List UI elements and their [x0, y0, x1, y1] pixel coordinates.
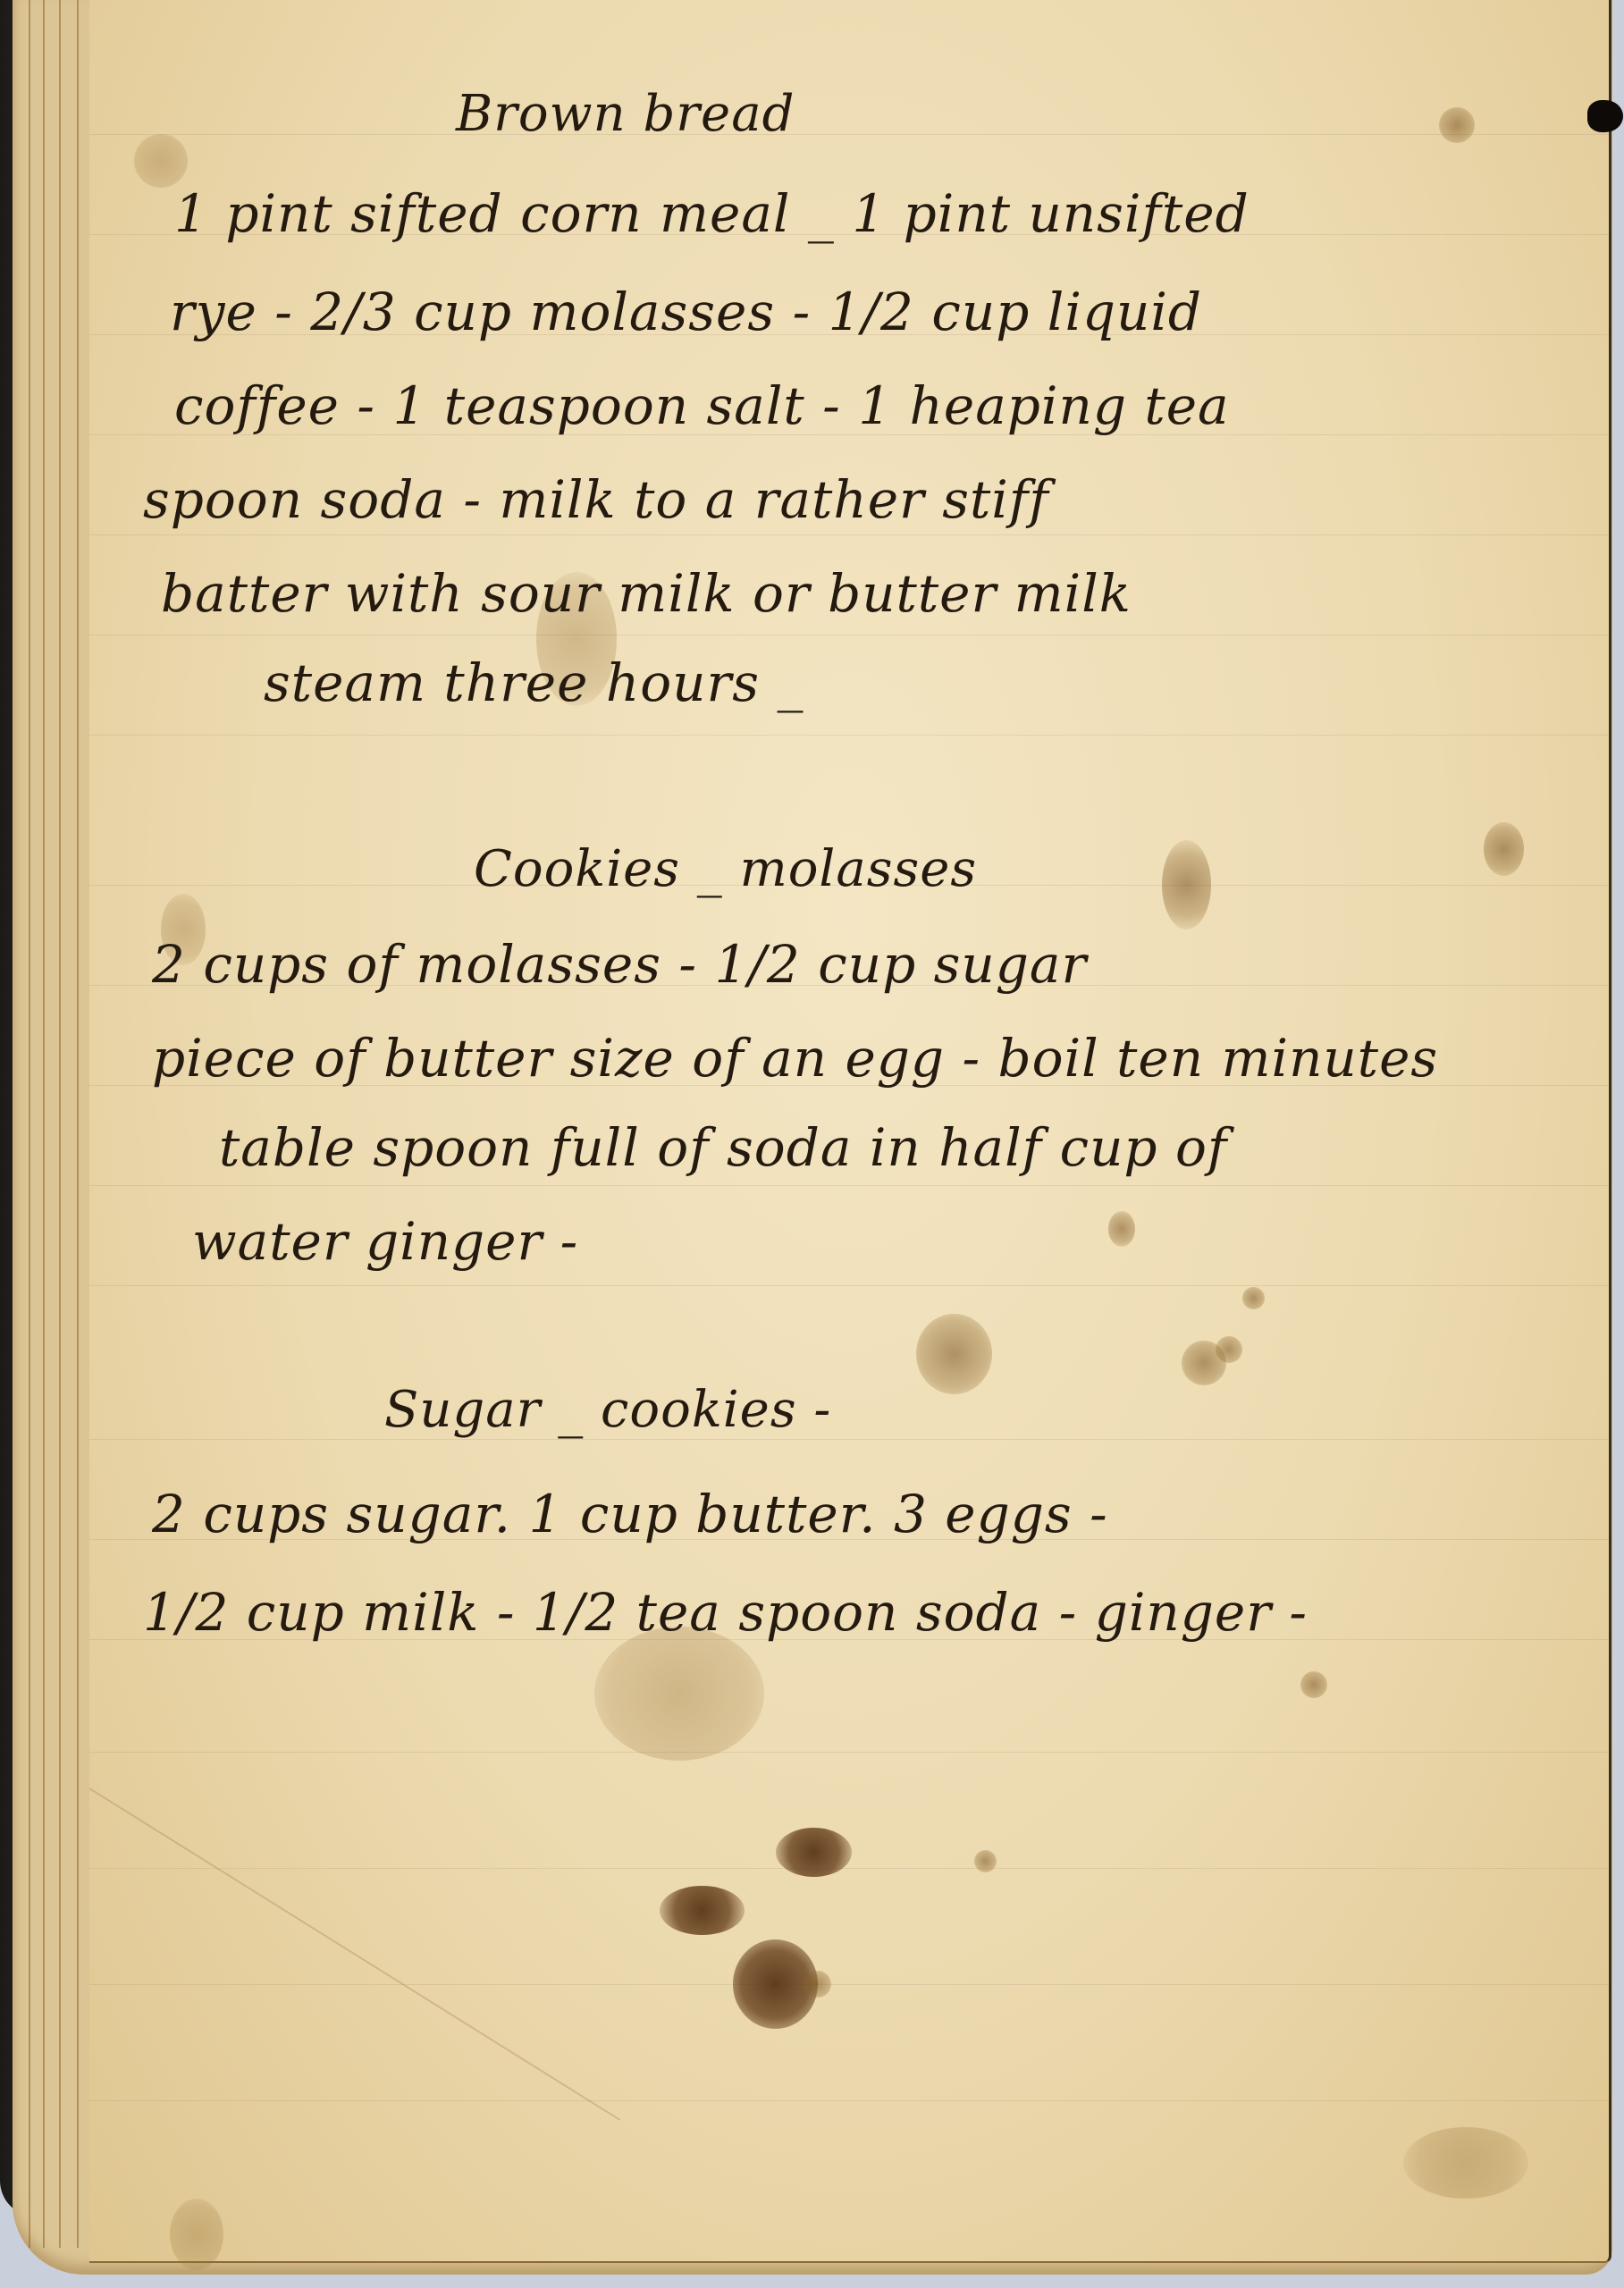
- recipe-line: piece of butter size of an egg - boil te…: [152, 1028, 1438, 1089]
- ruled-line: [89, 534, 1609, 535]
- page-edge: [43, 0, 50, 2248]
- stain: [170, 2199, 223, 2270]
- stain: [916, 1314, 992, 1394]
- recipe-line: coffee - 1 teaspoon salt - 1 heaping tea: [174, 375, 1230, 436]
- ruled-line: [89, 1285, 1609, 1286]
- dark-stain: [660, 1886, 745, 1935]
- recipe-title: Brown bread: [456, 85, 795, 143]
- recipe-line: 2 cups of molasses - 1/2 cup sugar: [152, 934, 1087, 995]
- recipe-line: 2 cups sugar. 1 cup butter. 3 eggs -: [152, 1484, 1108, 1544]
- recipe-line: table spoon full of soda in half cup of: [219, 1117, 1227, 1178]
- stain: [1216, 1336, 1242, 1363]
- ruled-line: [89, 1185, 1609, 1186]
- recipe-title: Cookies _ molasses: [474, 840, 977, 898]
- recipe-line: batter with sour milk or butter milk: [161, 563, 1132, 624]
- stain: [1242, 1287, 1265, 1309]
- ruled-line: [89, 1868, 1609, 1869]
- page-edge: [29, 0, 36, 2248]
- stain: [134, 134, 188, 188]
- recipe-line: 1 pint sifted corn meal _ 1 pint unsifte…: [174, 183, 1250, 244]
- ruled-line: [89, 134, 1609, 135]
- recipe-line: steam three hours _: [264, 652, 804, 713]
- stain: [1162, 840, 1211, 929]
- stain: [1484, 822, 1524, 876]
- recipe-line: 1/2 cup milk - 1/2 tea spoon soda - ging…: [143, 1582, 1308, 1643]
- large-stain: [594, 1627, 764, 1761]
- recipe-line: spoon soda - milk to a rather stiff: [143, 469, 1049, 530]
- stain: [1403, 2127, 1528, 2199]
- ruled-line: [89, 635, 1609, 635]
- stain: [1108, 1211, 1135, 1247]
- binding-hole: [1587, 100, 1623, 132]
- page-edge: [59, 0, 66, 2248]
- recipe-line: water ginger -: [192, 1211, 578, 1272]
- ruled-line: [89, 2100, 1609, 2101]
- ruled-line: [89, 1984, 1609, 1985]
- ruled-line: [89, 735, 1609, 736]
- recipe-line: rye - 2/3 cup molasses - 1/2 cup liquid: [170, 282, 1202, 342]
- stain: [1439, 107, 1475, 143]
- stain: [804, 1971, 831, 1998]
- page-edge: [77, 0, 84, 2248]
- ruled-line: [89, 1439, 1609, 1440]
- stain: [974, 1850, 997, 1872]
- recipe-title: Sugar _ cookies -: [384, 1381, 831, 1439]
- stain: [1300, 1671, 1327, 1698]
- ruled-line: [89, 1752, 1609, 1753]
- dark-stain: [776, 1828, 852, 1877]
